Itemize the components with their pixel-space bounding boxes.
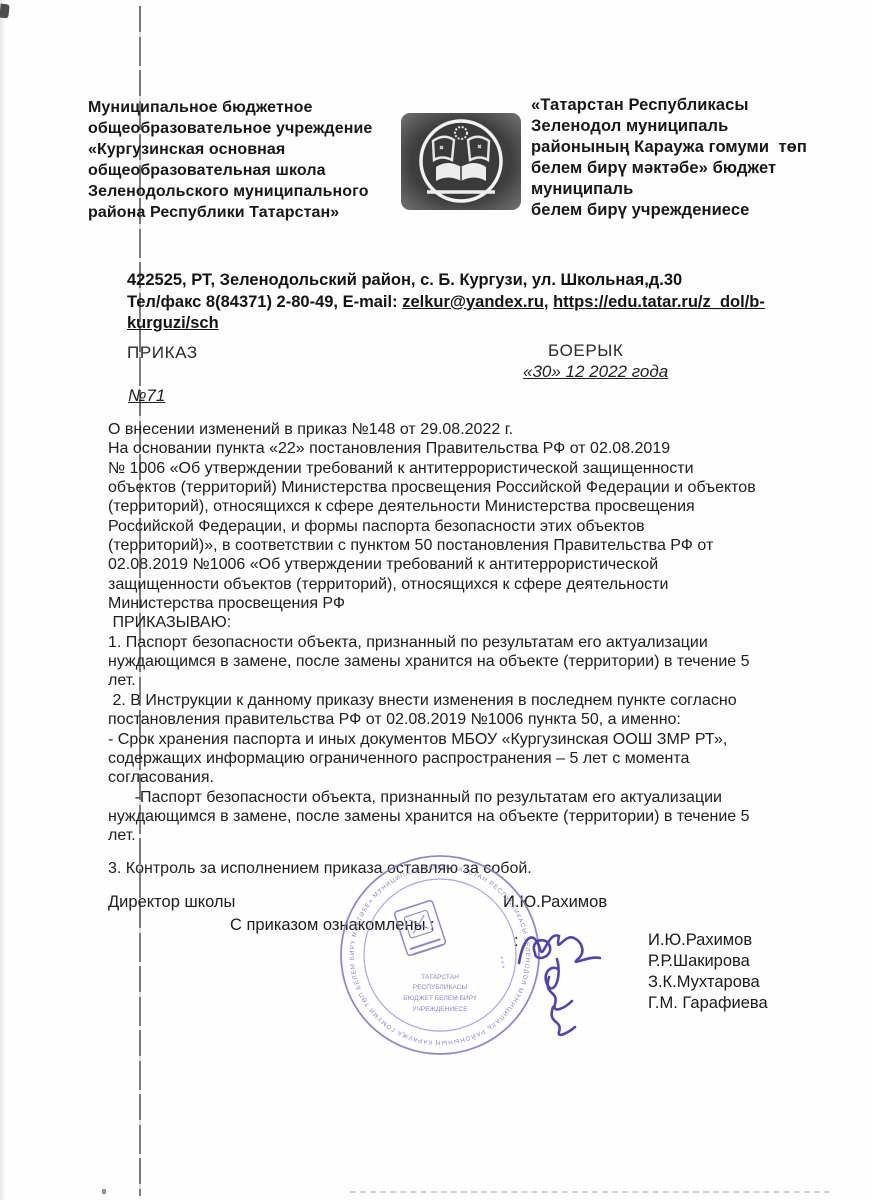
director-label: Директор школы [108,893,235,912]
order-date: «30» 12 2022 года [523,362,668,382]
school-logo [400,112,522,211]
order-number: №71 [128,386,165,406]
scanned-order-document: Муниципальное бюджетное общеобразователь… [0,0,872,1200]
address-line: 422525, РТ, Зеленодольский район, с. Б. … [127,270,827,292]
separator-comma: , [544,293,553,311]
scan-bottom-dot [102,1189,106,1194]
school-emblem-icon [400,112,522,211]
scan-bottom-line [350,1191,830,1193]
scan-corner-mark [0,4,10,19]
stamp-emblem [394,900,446,956]
phone-text: Тел/факс 8(84371) 2-80-49, E-mail: [127,293,402,311]
org-name-tatar: «Татарстан Республикасы Зеленодол муници… [531,95,861,221]
order-body-text: О внесении изменений в приказ №148 от 29… [108,420,853,846]
org-name-russian: Муниципальное бюджетное общеобразователь… [88,97,408,223]
stamp-arc-line-4: УЧРЕЖДЕНИЕСЕ [412,1006,468,1013]
stamp-stars: * * * [496,956,505,969]
email-link[interactable]: zelkur@yandex.ru [402,293,544,311]
stamp-arc-line-2: РЕСПУБЛИКАСЫ [413,984,468,991]
contact-block: 422525, РТ, Зеленодольский район, с. Б. … [127,270,827,335]
scan-left-edge-shade [0,0,6,1200]
order-title-tt: БОЕРЫК [548,341,623,361]
website-link-line1[interactable]: https://edu.tatar.ru/z_dol/b- [553,293,765,311]
stamp-ring-text: «ТАТАРСТАН РЕСПУБЛИКАСЫ ЗЕЛЕНОДОЛ МУНИЦИ… [338,853,531,1046]
stamp-arc-line-3: БЮДЖЕТ БЕЛЕМ БИРҮ [403,995,477,1002]
order-title-ru: ПРИКАЗ [127,343,198,363]
handwritten-signatures [505,915,670,1040]
stamp-arc-line-1: ТАТАРСТАН [421,974,459,981]
scan-fold-line [139,6,141,1196]
signature-ink-icon [505,915,670,1040]
phone-email-line: Тел/факс 8(84371) 2-80-49, E-mail: zelku… [127,292,827,314]
